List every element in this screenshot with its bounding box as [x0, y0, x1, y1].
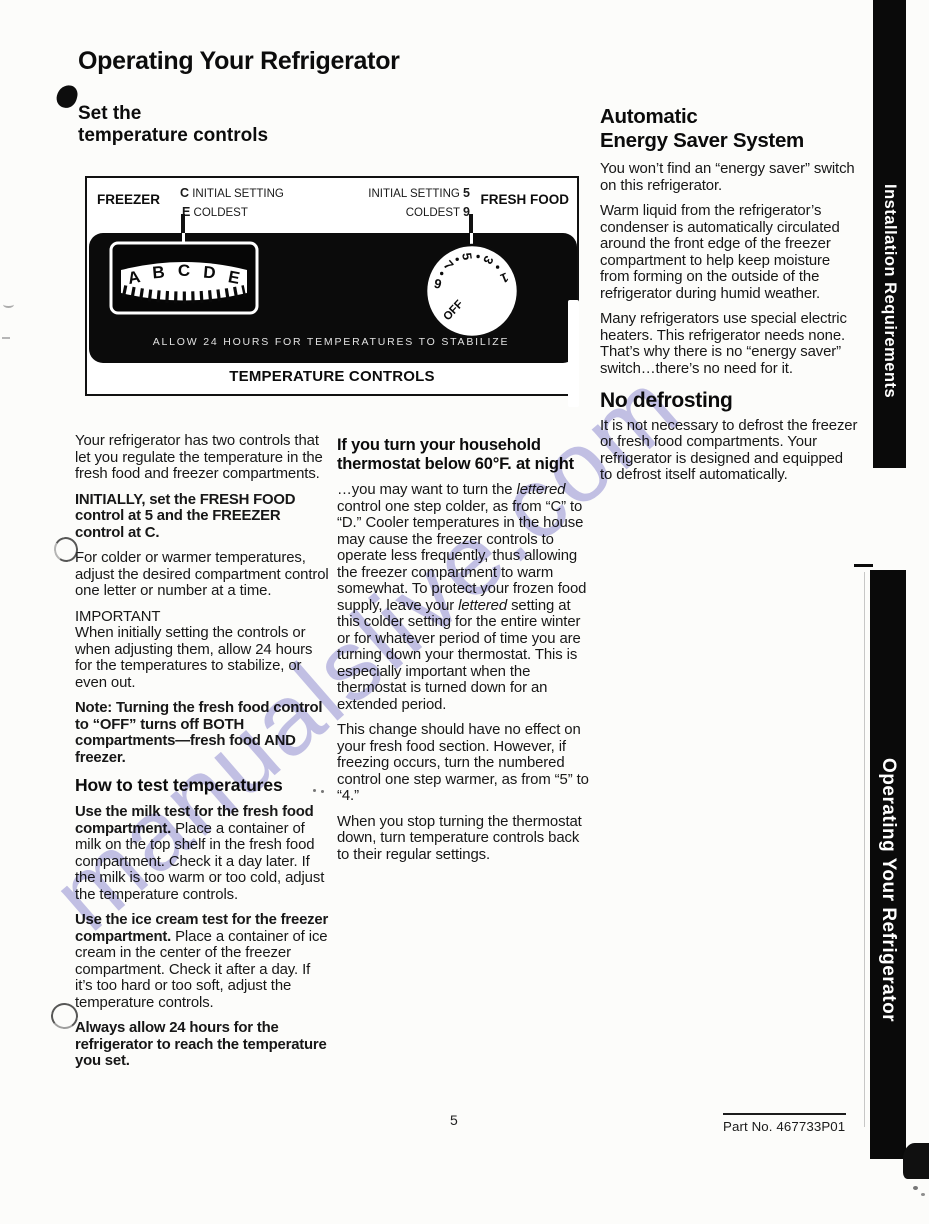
- column-right: Automatic Energy Saver System You won’t …: [600, 105, 859, 493]
- paragraph: Use the milk test for the fresh food com…: [75, 804, 331, 903]
- paragraph: Use the ice cream test for the freezer c…: [75, 912, 331, 1011]
- margin-scan-mark: [2, 337, 10, 339]
- paragraph: When you stop turning the thermostat dow…: [337, 814, 590, 864]
- paragraph-bold: Always allow 24 hours for the refrigerat…: [75, 1020, 331, 1070]
- paragraph-text: control one step colder, as from “C” to …: [337, 499, 586, 614]
- heading-line: temperature controls: [78, 125, 268, 147]
- legend-key: C: [180, 186, 189, 200]
- column-left: Your refrigerator has two controls that …: [75, 433, 331, 1079]
- paragraph: It is not necessary to defrost the freez…: [600, 418, 859, 484]
- italic-text: lettered: [516, 482, 565, 498]
- paragraph: For colder or warmer temperatures, adjus…: [75, 550, 331, 600]
- heading-line: Automatic: [600, 105, 859, 129]
- dial-pointer-tick: [469, 214, 473, 233]
- important-label: IMPORTANT: [75, 609, 331, 626]
- page-title: Operating Your Refrigerator: [78, 47, 400, 76]
- section-heading-energy-saver: Automatic Energy Saver System: [600, 105, 859, 153]
- part-number-rule: [723, 1113, 846, 1115]
- sidebar-tab-bottom-label: Operating Your Refrigerator: [870, 664, 906, 1116]
- part-number: Part No. 467733P01: [723, 1119, 845, 1134]
- diagram-caption: TEMPERATURE CONTROLS: [87, 368, 577, 385]
- legend-text: COLDEST: [194, 207, 248, 219]
- panel-white-bar: [568, 300, 579, 407]
- fresh-food-label: FRESH FOOD: [480, 192, 569, 207]
- freshfood-legend-coldest: COLDEST 9: [406, 205, 470, 219]
- section-heading-no-defrosting: No defrosting: [600, 393, 859, 410]
- stabilize-note: ALLOW 24 HOURS FOR TEMPERATURES TO STABI…: [87, 336, 575, 348]
- scan-speck: [913, 1186, 918, 1190]
- legend-text: INITIAL SETTING: [368, 188, 460, 200]
- scan-edge-line: [864, 572, 865, 1127]
- freezer-letter: D: [203, 263, 217, 283]
- heading-line: thermostat below 60°F. at night: [337, 455, 590, 474]
- freezer-letter: C: [178, 261, 190, 280]
- legend-text: COLDEST: [406, 207, 460, 219]
- sidebar-tab-divider: [854, 564, 873, 567]
- heading-line: Set the: [78, 103, 268, 125]
- paragraph-bold: INITIALLY, set the FRESH FOOD control at…: [75, 492, 331, 542]
- freezer-legend-initial: C INITIAL SETTING: [180, 186, 284, 200]
- ink-blob: [55, 83, 80, 110]
- freshfood-legend-initial: INITIAL SETTING 5: [368, 186, 470, 200]
- page-number: 5: [450, 1112, 458, 1128]
- paragraph-text: setting at this colder setting for the e…: [337, 598, 581, 713]
- freezer-legend-coldest: E COLDEST: [182, 205, 248, 219]
- temperature-controls-diagram: FREEZER C INITIAL SETTING E COLDEST INIT…: [85, 176, 579, 396]
- paragraph: When initially setting the controls or w…: [75, 625, 331, 691]
- fresh-food-dial: 9 7 5 3 1 OFF: [422, 239, 522, 341]
- column-middle: If you turn your household thermostat be…: [337, 436, 590, 872]
- paragraph: …you may want to turn the lettered contr…: [337, 482, 590, 713]
- paragraph: Warm liquid from the refrigerator’s cond…: [600, 203, 859, 302]
- heading-line: Energy Saver System: [600, 129, 859, 153]
- margin-scan-mark: [3, 301, 14, 308]
- italic-text: lettered: [458, 598, 507, 614]
- heading-line: If you turn your household: [337, 436, 590, 455]
- manual-page: Operating Your Refrigerator Set the temp…: [0, 0, 929, 1224]
- paragraph: This change should have no effect on you…: [337, 722, 590, 805]
- paragraph-bold: Note: Turning the fresh food control to …: [75, 700, 331, 766]
- freezer-label: FREEZER: [97, 192, 160, 207]
- paragraph: You won’t find an “energy saver” switch …: [600, 161, 859, 194]
- freezer-letter: B: [152, 263, 166, 283]
- section-heading-test-temperatures: How to test temperatures: [75, 775, 331, 795]
- sidebar-tab-top-label: Installation Requirements: [873, 118, 906, 464]
- freezer-pointer-tick: [181, 214, 185, 233]
- paragraph: Many refrigerators use special electric …: [600, 311, 859, 377]
- paragraph-text: …you may want to turn the: [337, 482, 516, 498]
- scan-smudge-corner: [903, 1143, 929, 1179]
- scan-speck: [313, 789, 316, 792]
- legend-text: INITIAL SETTING: [192, 188, 284, 200]
- freezer-control: A B C D E: [108, 240, 260, 316]
- paragraph: Your refrigerator has two controls that …: [75, 433, 331, 483]
- section-heading-thermostat: If you turn your household thermostat be…: [337, 436, 590, 474]
- legend-key: 5: [463, 186, 470, 200]
- freezer-scale-ticks: [123, 291, 245, 298]
- section-heading-set-controls: Set the temperature controls: [78, 103, 268, 147]
- scan-speck: [921, 1193, 925, 1196]
